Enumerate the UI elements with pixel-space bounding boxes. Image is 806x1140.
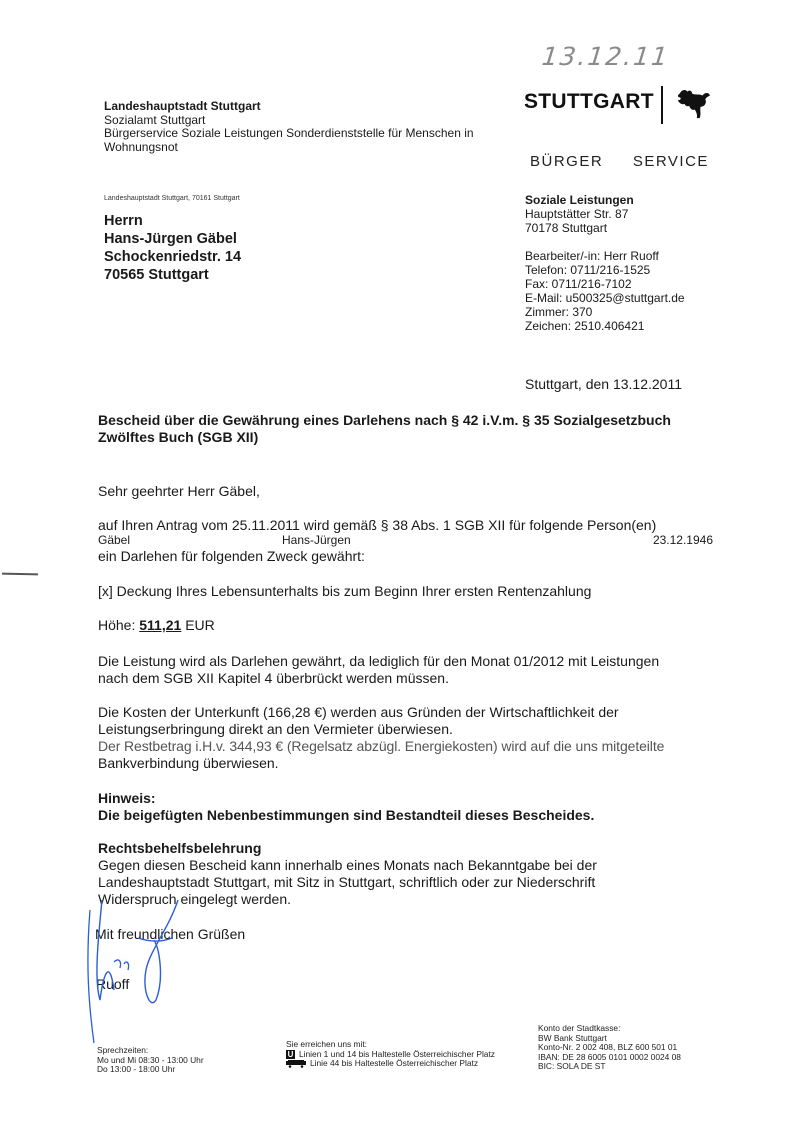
contact-phone: Telefon: 0711/216-1525 <box>525 263 685 277</box>
transit-item: Linie 44 bis Haltestelle Österreichische… <box>286 1059 495 1069</box>
paragraph-payment: Die Kosten der Unterkunft (166,28 €) wer… <box>98 704 728 772</box>
sender-line: Bürgerservice Soziale Leistungen Sonderd… <box>104 127 474 141</box>
salutation: Sehr geehrter Herr Gäbel, <box>98 483 260 500</box>
logo-divider <box>661 86 663 124</box>
text-line: Die Leistung wird als Darlehen gewährt, … <box>98 653 718 670</box>
contact-fax: Fax: 0711/216-7102 <box>525 277 685 291</box>
amount-label: Höhe: <box>98 617 135 633</box>
stuttgart-logo: STUTTGART <box>524 86 724 126</box>
return-address: Landeshauptstadt Stuttgart, 70161 Stuttg… <box>104 195 240 202</box>
u-bahn-icon: U <box>286 1050 295 1059</box>
handwritten-date: 13.12.11 <box>540 42 670 71</box>
contact-reference: Zeichen: 2510.406421 <box>525 319 685 333</box>
footer-bank-details: Konto der Stadtkasse: BW Bank Stuttgart … <box>538 1024 681 1072</box>
sender-block: Landeshauptstadt Stuttgart Sozialamt Stu… <box>104 100 474 154</box>
hint-block: Hinweis: Die beigefügten Nebenbestimmung… <box>98 790 594 824</box>
signature-icon <box>80 900 190 1045</box>
amount-currency: EUR <box>185 617 215 633</box>
recipient-line: Hans-Jürgen Gäbel <box>104 230 241 248</box>
place-date: Stuttgart, den 13.12.2011 <box>525 376 682 392</box>
hours-line: Do 13:00 - 18:00 Uhr <box>97 1065 204 1075</box>
transit-text: Linie 44 bis Haltestelle Österreichische… <box>310 1059 478 1069</box>
logo-wordmark: STUTTGART <box>524 90 654 114</box>
text-line: nach dem SGB XII Kapitel 4 überbrückt we… <box>98 670 718 687</box>
horse-icon <box>674 86 712 120</box>
footer-office-hours: Sprechzeiten: Mo und Mi 08:30 - 13:00 Uh… <box>97 1046 204 1075</box>
text-line: Gegen diesen Bescheid kann innerhalb ein… <box>98 857 597 874</box>
sender-line: Wohnungsnot <box>104 141 474 155</box>
amount-value: 511,21 <box>139 617 181 633</box>
text-line: Die Kosten der Unterkunft (166,28 €) wer… <box>98 704 728 721</box>
subject-line: Zwölftes Buch (SGB XII) <box>98 429 671 446</box>
intro-text: auf Ihren Antrag vom 25.11.2011 wird gem… <box>98 517 713 534</box>
legal-title: Rechtsbehelfsbelehrung <box>98 840 597 857</box>
person-first-name: Hans-Jürgen <box>282 533 351 547</box>
recipient-line: Schockenriedstr. 14 <box>104 248 241 266</box>
amount-line: Höhe: 511,21 EUR <box>98 617 215 634</box>
text-line: Bankverbindung überwiesen. <box>98 755 728 772</box>
closing: Mit freundlichen Grüßen <box>95 926 245 943</box>
person-birth-date: 23.12.1946 <box>653 533 713 547</box>
purpose-intro: ein Darlehen für folgenden Zweck gewährt… <box>98 548 365 565</box>
contact-clerk: Bearbeiter/-in: Herr Ruoff <box>525 249 685 263</box>
sender-line: Landeshauptstadt Stuttgart <box>104 100 474 114</box>
text-line: Leistungserbringung direkt an den Vermie… <box>98 721 728 738</box>
contact-street: Hauptstätter Str. 87 <box>525 207 685 221</box>
purpose-item: [x] Deckung Ihres Lebensunterhalts bis z… <box>98 583 591 600</box>
subject-line: Bescheid über die Gewährung eines Darleh… <box>98 412 671 429</box>
sender-line: Sozialamt Stuttgart <box>104 114 474 128</box>
paragraph-loan-reason: Die Leistung wird als Darlehen gewährt, … <box>98 653 718 687</box>
recipient-address: Herrn Hans-Jürgen Gäbel Schockenriedstr.… <box>104 212 241 284</box>
subject-heading: Bescheid über die Gewährung eines Darleh… <box>98 412 671 446</box>
contact-city: 70178 Stuttgart <box>525 221 685 235</box>
signer-name: Ruoff <box>96 976 129 993</box>
recipient-line: Herrn <box>104 212 241 230</box>
bank-line: BIC: SOLA DE ST <box>538 1062 681 1072</box>
person-row: Gäbel Hans-Jürgen 23.12.1946 <box>98 533 713 547</box>
recipient-line: 70565 Stuttgart <box>104 266 241 284</box>
contact-department: Soziale Leistungen <box>525 193 685 207</box>
text-line: Der Restbetrag i.H.v. 344,93 € (Regelsat… <box>98 738 728 755</box>
person-last-name: Gäbel <box>98 533 130 547</box>
text-line: Landeshauptstadt Stuttgart, mit Sitz in … <box>98 874 597 891</box>
bus-icon <box>286 1060 306 1068</box>
contact-email[interactable]: E-Mail: u500325@stuttgart.de <box>525 291 685 305</box>
hint-title: Hinweis: <box>98 790 594 807</box>
contact-block: Soziale Leistungen Hauptstätter Str. 87 … <box>525 193 685 333</box>
text-line: Widerspruch eingelegt werden. <box>98 891 597 908</box>
contact-room: Zimmer: 370 <box>525 305 685 319</box>
fold-mark <box>2 573 38 576</box>
buerger-service-label: BÜRGER SERVICE <box>530 153 709 170</box>
hint-text: Die beigefügten Nebenbestimmungen sind B… <box>98 807 594 824</box>
footer-transit: Sie erreichen uns mit: U Linien 1 und 14… <box>286 1040 495 1069</box>
legal-remedy-block: Rechtsbehelfsbelehrung Gegen diesen Besc… <box>98 840 597 908</box>
